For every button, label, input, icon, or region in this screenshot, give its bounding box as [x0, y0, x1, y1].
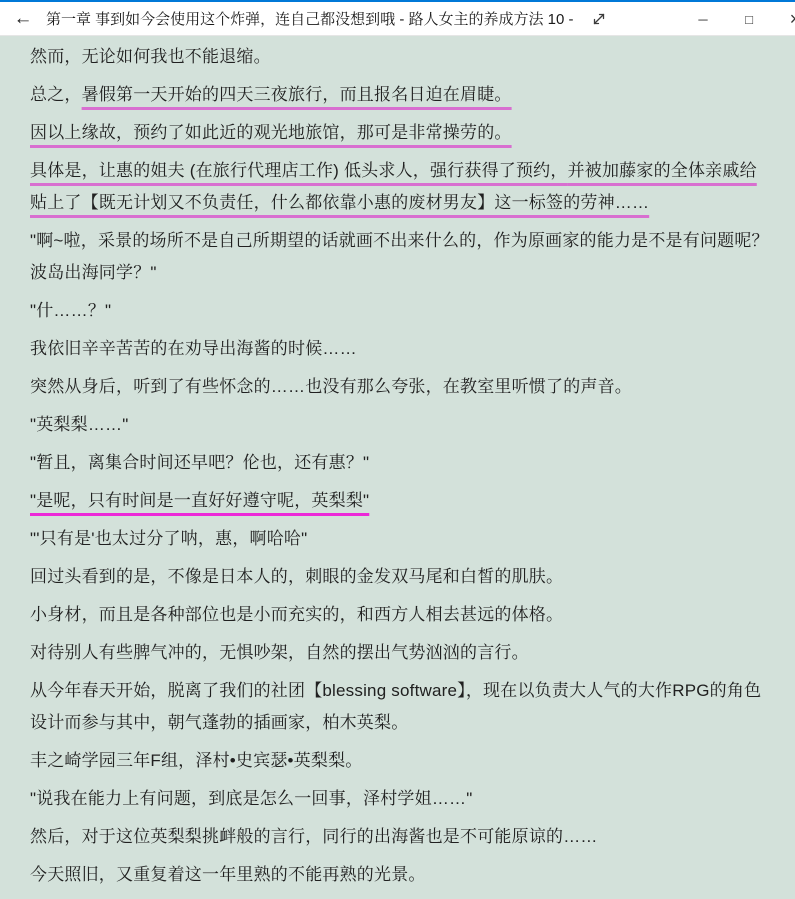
- reader-content[interactable]: 然而，无论如何我也不能退缩。总之，暑假第一天开始的四天三夜旅行，而且报名日迫在眉…: [0, 36, 795, 899]
- text-run: 小身材，而且是各种部位也是小而充实的，和西方人相去甚远的体格。: [30, 605, 563, 624]
- paragraph: 从今年春天开始，脱离了我们的社团【blessing software】，现在以负…: [30, 675, 769, 739]
- paragraph: 然而，无论如何我也不能退缩。: [30, 41, 769, 73]
- text-run: 回过头看到的是，不像是日本人的，刺眼的金发双马尾和白皙的肌肤。: [30, 567, 563, 586]
- highlight-annotation[interactable]: 因以上缘故，预约了如此近的观光地旅馆，那可是非常操劳的。: [30, 123, 512, 142]
- text-run: "英梨梨……": [30, 415, 128, 434]
- paragraph: 今天照旧，又重复着这一年里熟的不能再熟的光景。: [30, 859, 769, 891]
- text-run: 今天照旧，又重复着这一年里熟的不能再熟的光景。: [30, 865, 426, 884]
- maximize-icon: □: [745, 12, 753, 27]
- text-run: "什……？": [30, 301, 111, 320]
- paragraph: "暂且，离集合时间还早吧？伦也，还有惠？": [30, 447, 769, 479]
- text-run: 突然从身后，听到了有些怀念的……也没有那么夸张，在教室里听惯了的声音。: [30, 377, 632, 396]
- fullscreen-button[interactable]: [587, 7, 611, 31]
- highlight-annotation[interactable]: 具体是，让惠的姐夫 (在旅行代理店工作) 低头求人，强行获得了预约，: [30, 161, 568, 180]
- text-run: 丰之崎学园三年F组，泽村•史宾瑟•英梨梨。: [30, 751, 363, 770]
- text-run: "暂且，离集合时间还早吧？伦也，还有惠？": [30, 453, 369, 472]
- close-button[interactable]: ×: [772, 2, 795, 36]
- highlight-annotation[interactable]: "是呢，只有时间是一直好好遵守呢，英梨梨": [30, 491, 369, 510]
- paragraph: 小身材，而且是各种部位也是小而充实的，和西方人相去甚远的体格。: [30, 599, 769, 631]
- paragraph: "说我在能力上有问题，到底是怎么一回事，泽村学姐……": [30, 783, 769, 815]
- text-run: 总之，: [30, 85, 82, 104]
- maximize-button[interactable]: □: [726, 2, 772, 36]
- paragraph: "英梨梨……": [30, 409, 769, 441]
- text-run: 然而，无论如何我也不能退缩。: [30, 47, 271, 66]
- paragraph: 丰之崎学园三年F组，泽村•史宾瑟•英梨梨。: [30, 745, 769, 777]
- paragraph: 总之，暑假第一天开始的四天三夜旅行，而且报名日迫在眉睫。: [30, 79, 769, 111]
- paragraph: 回过头看到的是，不像是日本人的，刺眼的金发双马尾和白皙的肌肤。: [30, 561, 769, 593]
- back-arrow-icon: ←: [14, 8, 33, 30]
- text-run: "啊~啦，采景的场所不是自己所期望的话就画不出来什么的，作为原画家的能力是不是有…: [30, 231, 769, 282]
- minimize-button[interactable]: ─: [680, 2, 726, 36]
- app-window: ← 第一章 事到如今会使用这个炸弹，连自己都没想到哦 - 路人女主的养成方法 1…: [0, 0, 795, 899]
- text-run: "'只有是'也太过分了呐，惠，啊哈哈": [30, 529, 307, 548]
- paragraph: 突然从身后，听到了有些怀念的……也没有那么夸张，在教室里听惯了的声音。: [30, 371, 769, 403]
- text-run: 对待别人有些脾气冲的，无惧吵架，自然的摆出气势汹汹的言行。: [30, 643, 529, 662]
- paragraph: 我依旧辛辛苦苦的在劝导出海酱的时候……: [30, 333, 769, 365]
- paragraph: 因以上缘故，预约了如此近的观光地旅馆，那可是非常操劳的。: [30, 117, 769, 149]
- window-title: 第一章 事到如今会使用这个炸弹，连自己都没想到哦 - 路人女主的养成方法 10 …: [46, 8, 574, 29]
- highlight-annotation[interactable]: 暑假第一天开始的四天三夜旅行，而且报名日迫在眉睫。: [82, 85, 512, 104]
- paragraph: 对待别人有些脾气冲的，无惧吵架，自然的摆出气势汹汹的言行。: [30, 637, 769, 669]
- paragraph: 具体是，让惠的姐夫 (在旅行代理店工作) 低头求人，强行获得了预约，并被加藤家的…: [30, 155, 769, 219]
- paragraph: "啊~啦，采景的场所不是自己所期望的话就画不出来什么的，作为原画家的能力是不是有…: [30, 225, 769, 289]
- minimize-icon: ─: [698, 12, 707, 27]
- text-run: 从今年春天开始，脱离了我们的社团【blessing software】，现在以负…: [30, 681, 761, 732]
- paragraph: "什……？": [30, 295, 769, 327]
- close-icon: ×: [790, 9, 795, 30]
- paragraph: "是呢，只有时间是一直好好遵守呢，英梨梨": [30, 485, 769, 517]
- text-run: 我依旧辛辛苦苦的在劝导出海酱的时候……: [30, 339, 357, 358]
- text-run: 然后，对于这位英梨梨挑衅般的言行，同行的出海酱也是不可能原谅的……: [30, 827, 598, 846]
- expand-diagonal-icon: [591, 11, 607, 27]
- text-run: "说我在能力上有问题，到底是怎么一回事，泽村学姐……": [30, 789, 472, 808]
- paragraph: 然后，对于这位英梨梨挑衅般的言行，同行的出海酱也是不可能原谅的……: [30, 821, 769, 853]
- back-button[interactable]: ←: [6, 2, 40, 36]
- titlebar: ← 第一章 事到如今会使用这个炸弹，连自己都没想到哦 - 路人女主的养成方法 1…: [0, 0, 795, 36]
- paragraph: "'只有是'也太过分了呐，惠，啊哈哈": [30, 523, 769, 555]
